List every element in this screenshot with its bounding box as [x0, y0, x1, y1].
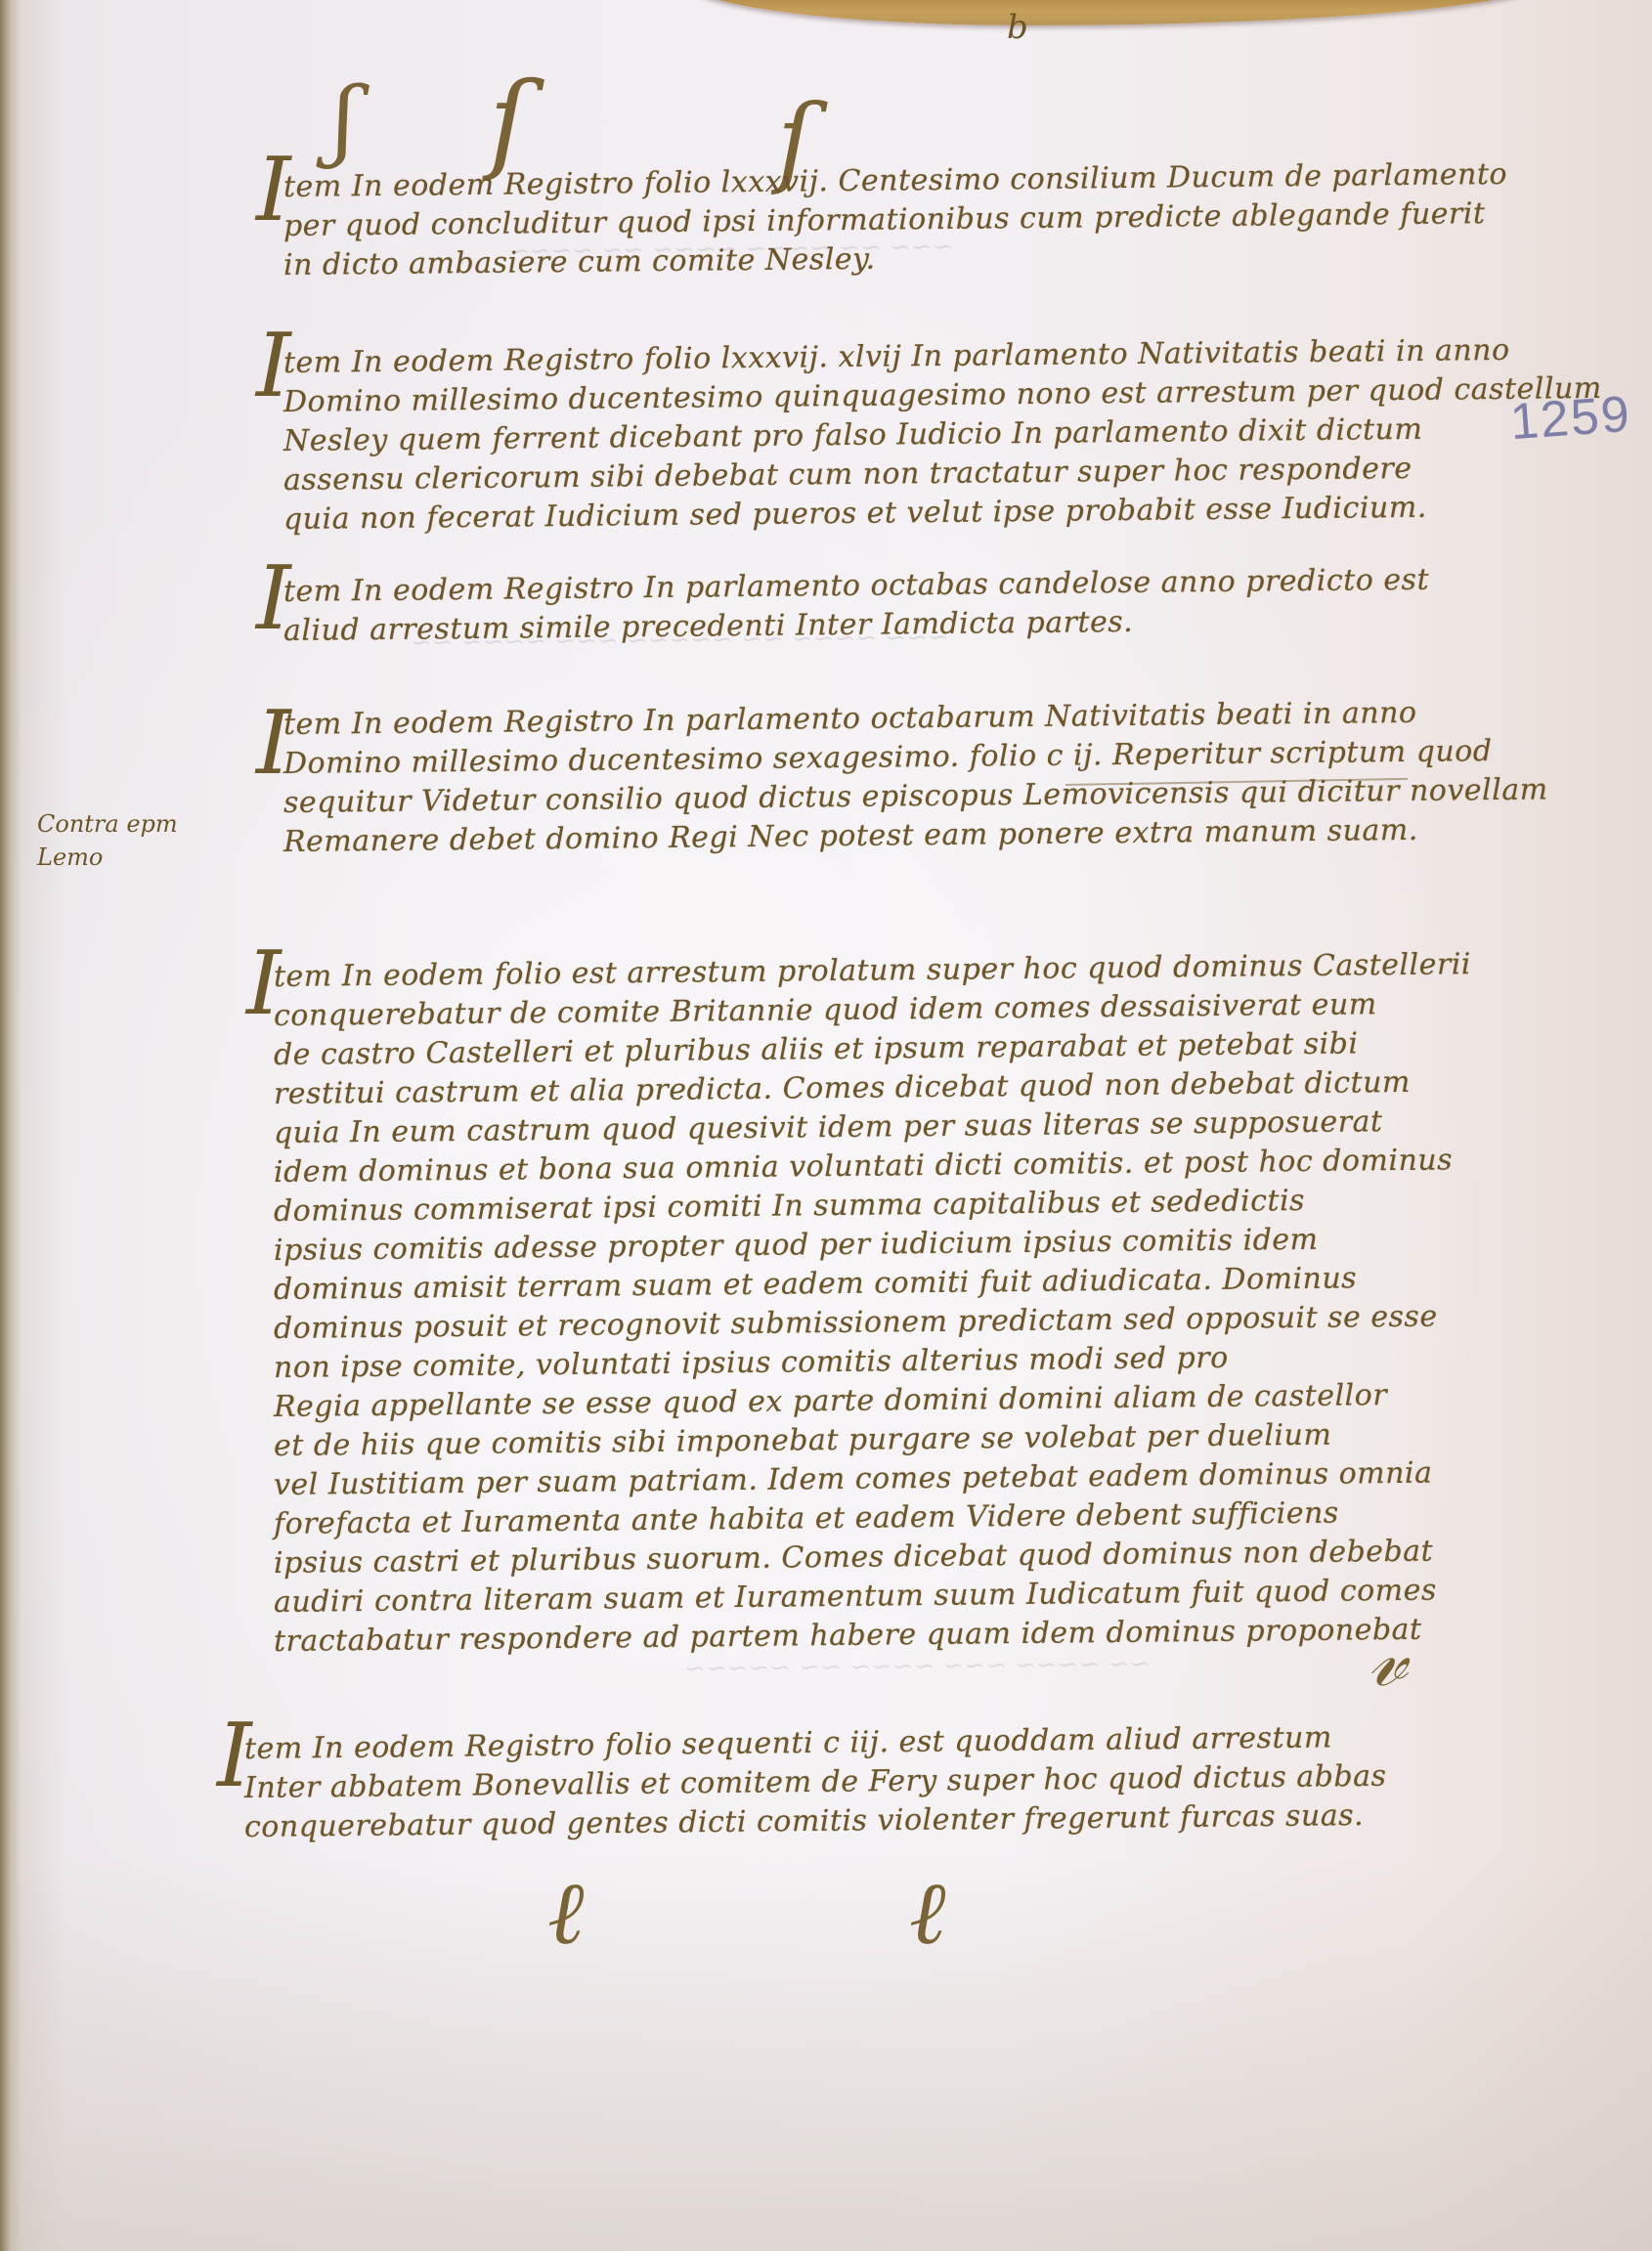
manuscript-entry: tem In eodem Registro In parlamento octa… [283, 706, 1548, 862]
binding-edge [0, 0, 22, 2251]
ascender-flourish: ʃ [332, 68, 356, 171]
manuscript-entry: tem In eodem Registro In parlamento octa… [283, 573, 1429, 651]
margin-note: Contra epm Lemo [37, 807, 178, 874]
quire-mark: b [1007, 8, 1028, 47]
manuscript-entry: tem In eodem Registro folio lxxxvij. Cen… [283, 168, 1507, 285]
manuscript-entry: tem In eodem folio est arrestum prolatum… [274, 958, 1471, 1662]
descender-flourish: ℓ [909, 1862, 946, 1965]
end-flourish: 𝓋 [1369, 1613, 1408, 1705]
descender-flourish: ℓ [547, 1862, 585, 1965]
margin-note-line: Contra epm [37, 807, 178, 841]
margin-note-line: Lemo [37, 841, 178, 874]
manuscript-entry: tem In eodem Registro folio sequenti c i… [244, 1730, 1386, 1847]
manuscript-entry: tem In eodem Registro folio lxxxvij. xlv… [283, 344, 1602, 540]
